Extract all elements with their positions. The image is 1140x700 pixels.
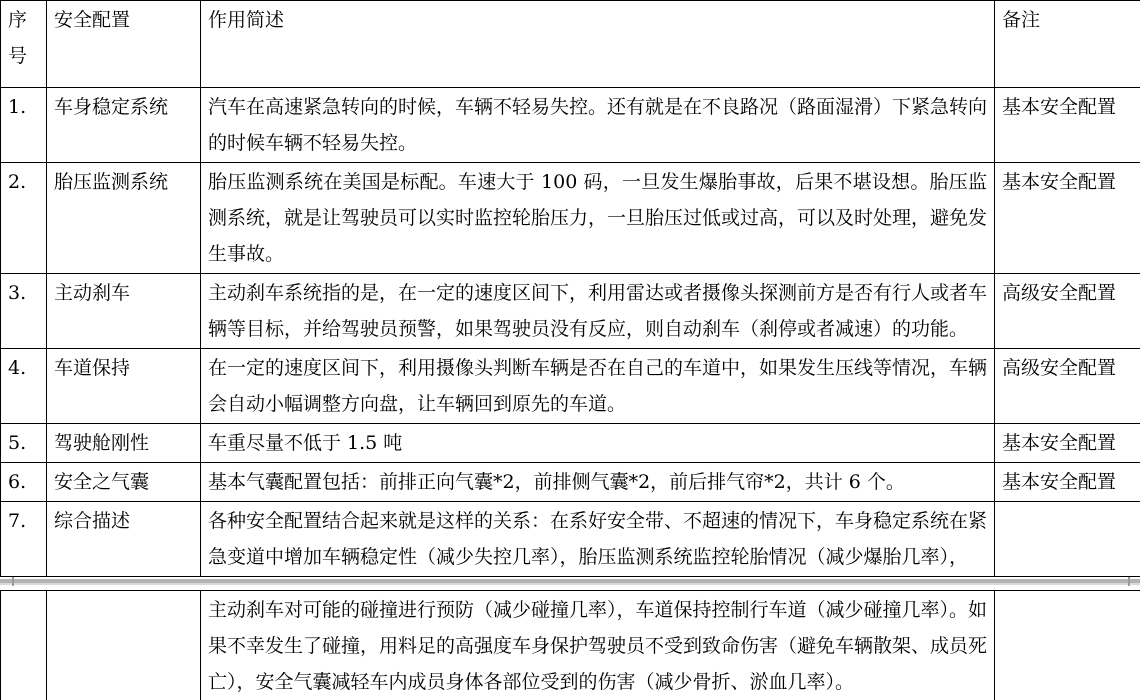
cell-config: 安全之气囊 bbox=[47, 463, 201, 502]
table-row: 6. 安全之气囊 基本气囊配置包括：前排正向气囊*2，前排侧气囊*2，前后排气帘… bbox=[1, 463, 1140, 502]
cell-config: 主动刹车 bbox=[47, 274, 201, 349]
cell-note: 基本安全配置 bbox=[995, 463, 1140, 502]
table-row: 4. 车道保持 在一定的速度区间下，利用摄像头判断车辆是否在自己的车道中，如果发… bbox=[1, 349, 1140, 424]
cell-desc: 车重尽量不低于 1.5 吨 bbox=[201, 424, 995, 463]
safety-config-table-continued: 主动刹车对可能的碰撞进行预防（减少碰撞几率），车道保持控制行车道（减少碰撞几率）… bbox=[0, 590, 1140, 700]
header-cell-config: 安全配置 bbox=[47, 1, 201, 88]
cell-desc: 主动刹车系统指的是，在一定的速度区间下，利用雷达或者摄像头探测前方是否有行人或者… bbox=[201, 274, 995, 349]
header-cell-num: 序号 bbox=[1, 1, 47, 88]
table-row: 1. 车身稳定系统 汽车在高速紧急转向的时候，车辆不轻易失控。还有就是在不良路况… bbox=[1, 88, 1140, 163]
cell-note bbox=[995, 591, 1140, 700]
cell-desc: 胎压监测系统在美国是标配。车速大于 100 码，一旦发生爆胎事故，后果不堪设想。… bbox=[201, 163, 995, 274]
cell-num: 4. bbox=[1, 349, 47, 424]
table-row: 7. 综合描述 各种安全配置结合起来就是这样的关系：在系好安全带、不超速的情况下… bbox=[1, 502, 1140, 577]
safety-config-table: 序号 安全配置 作用简述 备注 1. 车身稳定系统 汽车在高速紧急转向的时候，车… bbox=[0, 0, 1140, 577]
cell-num: 1. bbox=[1, 88, 47, 163]
cell-desc: 各种安全配置结合起来就是这样的关系：在系好安全带、不超速的情况下，车身稳定系统在… bbox=[201, 502, 995, 577]
cell-note: 高级安全配置 bbox=[995, 349, 1140, 424]
cell-num: 6. bbox=[1, 463, 47, 502]
cell-num: 5. bbox=[1, 424, 47, 463]
cell-num: 3. bbox=[1, 274, 47, 349]
table-row: 5. 驾驶舱刚性 车重尽量不低于 1.5 吨 基本安全配置 bbox=[1, 424, 1140, 463]
cell-config: 车身稳定系统 bbox=[47, 88, 201, 163]
cell-config: 胎压监测系统 bbox=[47, 163, 201, 274]
cell-desc: 汽车在高速紧急转向的时候，车辆不轻易失控。还有就是在不良路况（路面湿滑）下紧急转… bbox=[201, 88, 995, 163]
cell-note: 基本安全配置 bbox=[995, 163, 1140, 274]
table-row: 2. 胎压监测系统 胎压监测系统在美国是标配。车速大于 100 码，一旦发生爆胎… bbox=[1, 163, 1140, 274]
table-header-row: 序号 安全配置 作用简述 备注 bbox=[1, 1, 1140, 88]
cell-config bbox=[47, 591, 201, 700]
page-edge-mark-left bbox=[12, 577, 14, 586]
table-row-continued: 主动刹车对可能的碰撞进行预防（减少碰撞几率），车道保持控制行车道（减少碰撞几率）… bbox=[1, 591, 1140, 700]
cell-desc: 在一定的速度区间下，利用摄像头判断车辆是否在自己的车道中，如果发生压线等情况，车… bbox=[201, 349, 995, 424]
document-page: 序号 安全配置 作用简述 备注 1. 车身稳定系统 汽车在高速紧急转向的时候，车… bbox=[0, 0, 1140, 700]
header-cell-desc: 作用简述 bbox=[201, 1, 995, 88]
cell-desc: 基本气囊配置包括：前排正向气囊*2，前排侧气囊*2，前后排气帘*2，共计 6 个… bbox=[201, 463, 995, 502]
cell-note: 基本安全配置 bbox=[995, 424, 1140, 463]
cell-config: 车道保持 bbox=[47, 349, 201, 424]
table-row: 3. 主动刹车 主动刹车系统指的是，在一定的速度区间下，利用雷达或者摄像头探测前… bbox=[1, 274, 1140, 349]
cell-config: 驾驶舱刚性 bbox=[47, 424, 201, 463]
cell-desc: 主动刹车对可能的碰撞进行预防（减少碰撞几率），车道保持控制行车道（减少碰撞几率）… bbox=[201, 591, 995, 700]
cell-num: 2. bbox=[1, 163, 47, 274]
page-edge-mark-right bbox=[1128, 577, 1130, 586]
cell-note: 基本安全配置 bbox=[995, 88, 1140, 163]
cell-note bbox=[995, 502, 1140, 577]
cell-num: 7. bbox=[1, 502, 47, 577]
header-cell-note: 备注 bbox=[995, 1, 1140, 88]
cell-num bbox=[1, 591, 47, 700]
cell-config: 综合描述 bbox=[47, 502, 201, 577]
cell-note: 高级安全配置 bbox=[995, 274, 1140, 349]
page-break-divider bbox=[0, 577, 1140, 590]
